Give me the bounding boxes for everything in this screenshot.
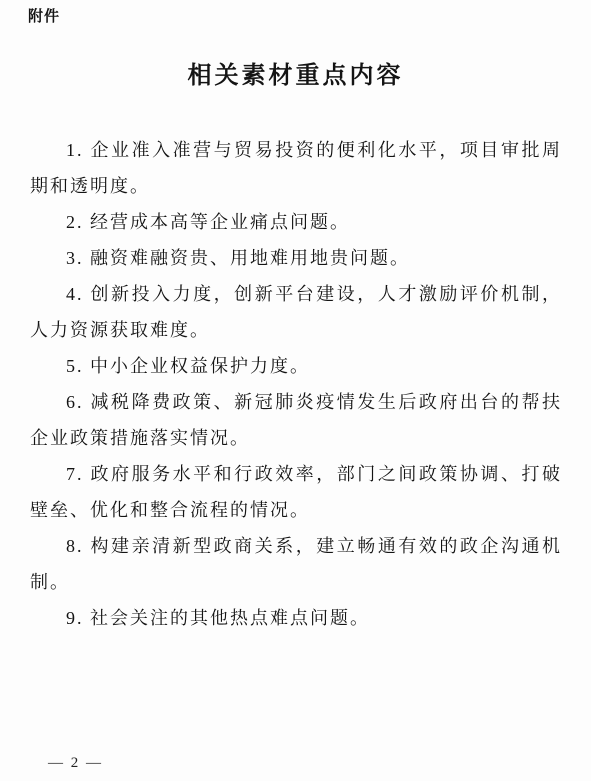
list-item-7: 7. 政府服务水平和行政效率，部门之间政策协调、打破壁垒、优化和整合流程的情况。	[30, 456, 562, 528]
list-item-8: 8. 构建亲清新型政商关系，建立畅通有效的政企沟通机制。	[30, 528, 562, 600]
page-number: — 2 —	[48, 755, 103, 772]
list-item-9: 9. 社会关注的其他热点难点问题。	[30, 600, 562, 636]
list-item-4: 4. 创新投入力度，创新平台建设，人才激励评价机制，人力资源获取难度。	[30, 276, 562, 348]
document-page: 附件 相关素材重点内容 1. 企业准入准营与贸易投资的便利化水平，项目审批周期和…	[0, 0, 591, 781]
list-item-6: 6. 减税降费政策、新冠肺炎疫情发生后政府出台的帮扶企业政策措施落实情况。	[30, 384, 562, 456]
attachment-label: 附件	[28, 5, 60, 26]
document-body: 1. 企业准入准营与贸易投资的便利化水平，项目审批周期和透明度。 2. 经营成本…	[30, 132, 562, 636]
list-item-5: 5. 中小企业权益保护力度。	[30, 348, 562, 384]
list-item-3: 3. 融资难融资贵、用地难用地贵问题。	[30, 240, 562, 276]
list-item-1: 1. 企业准入准营与贸易投资的便利化水平，项目审批周期和透明度。	[30, 132, 562, 204]
list-item-2: 2. 经营成本高等企业痛点问题。	[30, 204, 562, 240]
page-title: 相关素材重点内容	[0, 55, 591, 90]
